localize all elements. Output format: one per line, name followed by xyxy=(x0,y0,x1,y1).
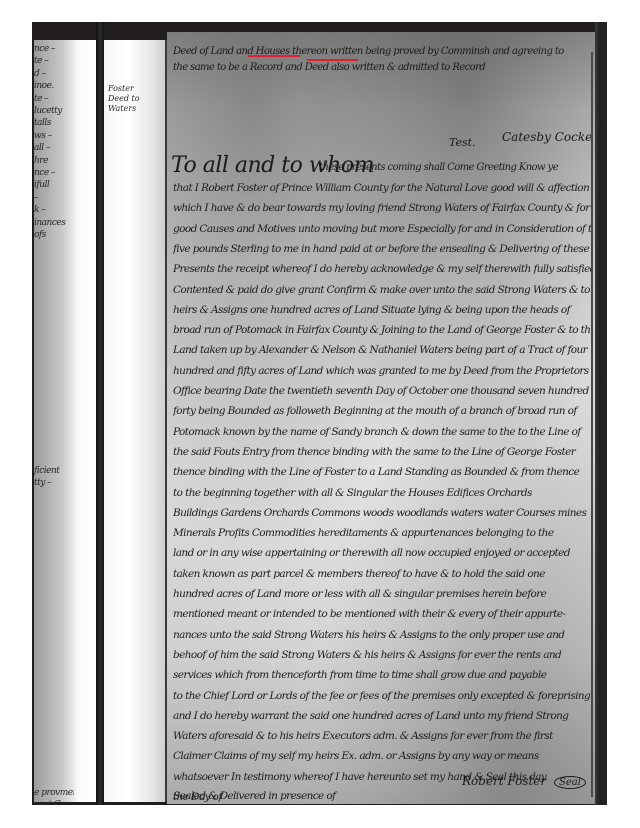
deed-body-line: Claimer Claims of my self my heirs Ex. a… xyxy=(173,750,591,762)
deed-body-line: Waters aforesaid & to his heirs Executor… xyxy=(173,730,591,742)
left-page-fragment: inances xyxy=(34,218,74,230)
deed-body-line: forty being Bounded as followeth Beginni… xyxy=(173,405,591,417)
deed-body-line: thence binding with the Line of Foster t… xyxy=(173,466,591,478)
margin-note: Foster Deed to Waters xyxy=(108,84,164,114)
deed-body-line: taken known as part parcel & members the… xyxy=(173,568,591,580)
binding-gutter xyxy=(96,22,104,805)
header-line: Deed of Land and Houses thereon written … xyxy=(173,46,591,57)
left-page-fragment: ofs xyxy=(34,230,74,242)
witness-heading: Sealed & Delivered in presence of xyxy=(173,790,591,802)
deed-body-line: the said Fouts Entry from thence binding… xyxy=(173,446,591,458)
deed-body-line: good Causes and Motives unto moving but … xyxy=(173,223,591,235)
left-page-fragment: talls xyxy=(34,118,74,130)
header-line: the same to be a Record and Deed also wr… xyxy=(173,62,591,73)
deed-body-line: that I Robert Foster of Prince William C… xyxy=(173,182,591,194)
witness-names: William Emmit Daniel Diskin xyxy=(173,804,591,805)
margin-note-line: Deed to xyxy=(108,94,164,104)
main-deed-page: Deed of Land and Houses thereon written … xyxy=(167,32,595,804)
deed-body-line: five pounds Sterling to me in hand paid … xyxy=(173,243,591,255)
red-underline-annotation xyxy=(307,59,358,61)
deed-body-line: hundred acres of Land more or less with … xyxy=(173,588,591,600)
left-page-fragment: d – xyxy=(34,69,74,81)
left-page-fragment: sent C xyxy=(34,800,74,805)
left-page-fragment: te – xyxy=(34,94,74,106)
deed-body-line: which I have & do bear towards my loving… xyxy=(173,202,591,214)
left-page-fragment: – xyxy=(34,193,74,205)
left-page-fragment: ws – xyxy=(34,131,74,143)
deed-body-line: mentioned meant or intended to be mentio… xyxy=(173,608,591,620)
left-page-fragment: hre xyxy=(34,156,74,168)
left-page-fragment: inoe. xyxy=(34,81,74,93)
right-page-edge-line xyxy=(591,52,593,797)
deed-body-line: Minerals Profits Commodities hereditamen… xyxy=(173,527,591,539)
left-page-fragment: ficient xyxy=(34,466,74,478)
deed-body-line: broad run of Potomack in Fairfax County … xyxy=(173,324,591,336)
left-page-fragment: tty – xyxy=(34,478,74,490)
left-page-fragment: nce – xyxy=(34,168,74,180)
left-page-fragment: e provment xyxy=(34,788,74,800)
right-page-edge xyxy=(595,22,607,805)
deed-body-line: land or in any wise appertaining or ther… xyxy=(173,547,591,559)
left-page-fragment: lucetty xyxy=(34,106,74,118)
seal-mark: Seal xyxy=(554,776,586,789)
deed-body-line: services which from thenceforth from tim… xyxy=(173,669,591,681)
red-underline-annotation xyxy=(248,55,300,57)
left-page-fragment: all – xyxy=(34,143,74,155)
left-page-fragment: ifull xyxy=(34,180,74,192)
left-page-fragment: k – xyxy=(34,205,74,217)
deed-body-line: Potomack known by the name of Sandy bran… xyxy=(173,426,591,438)
deed-body-line: and I do hereby warrant the said one hun… xyxy=(173,710,591,722)
deed-body-line: hundred and fifty acres of Land which wa… xyxy=(173,365,591,377)
deed-body-line: Presents the receipt whereof I do hereby… xyxy=(173,263,591,275)
signature-block: Robert Foster Seal xyxy=(462,774,586,789)
signatory-name: Robert Foster xyxy=(462,774,546,788)
deed-body-line: Office bearing Date the twentieth sevent… xyxy=(173,385,591,397)
deed-body-line: heirs & Assigns one hundred acres of Lan… xyxy=(173,304,591,316)
deed-body-line: nances unto the said Strong Waters his h… xyxy=(173,629,591,641)
scanned-document-image: nce –te –d –inoe.te –lucettytallsws –all… xyxy=(32,22,607,805)
test-label: Test. xyxy=(449,136,476,149)
left-page-fragment: nce – xyxy=(34,44,74,56)
deed-body-line: Buildings Gardens Orchards Commons woods… xyxy=(173,507,591,519)
left-page-fragment: te – xyxy=(34,56,74,68)
deed-body-line: Contented & paid do give grant Confirm &… xyxy=(173,284,591,296)
left-page-strip: nce –te –d –inoe.te –lucettytallsws –all… xyxy=(34,40,96,802)
deed-heading-continuation: these presents coming shall Come Greetin… xyxy=(319,162,589,173)
deed-body-line: Land taken up by Alexander & Nelson & Na… xyxy=(173,344,591,356)
margin-note-line: Waters xyxy=(108,104,164,114)
deed-body-line: to the beginning together with all & Sin… xyxy=(173,487,591,499)
deed-body-line: behoof of him the said Strong Waters & h… xyxy=(173,649,591,661)
margin-note-line: Foster xyxy=(108,84,164,94)
deed-body-line: to the Chief Lord or Lords of the fee or… xyxy=(173,690,591,702)
margin-column: Foster Deed to Waters xyxy=(104,40,165,802)
